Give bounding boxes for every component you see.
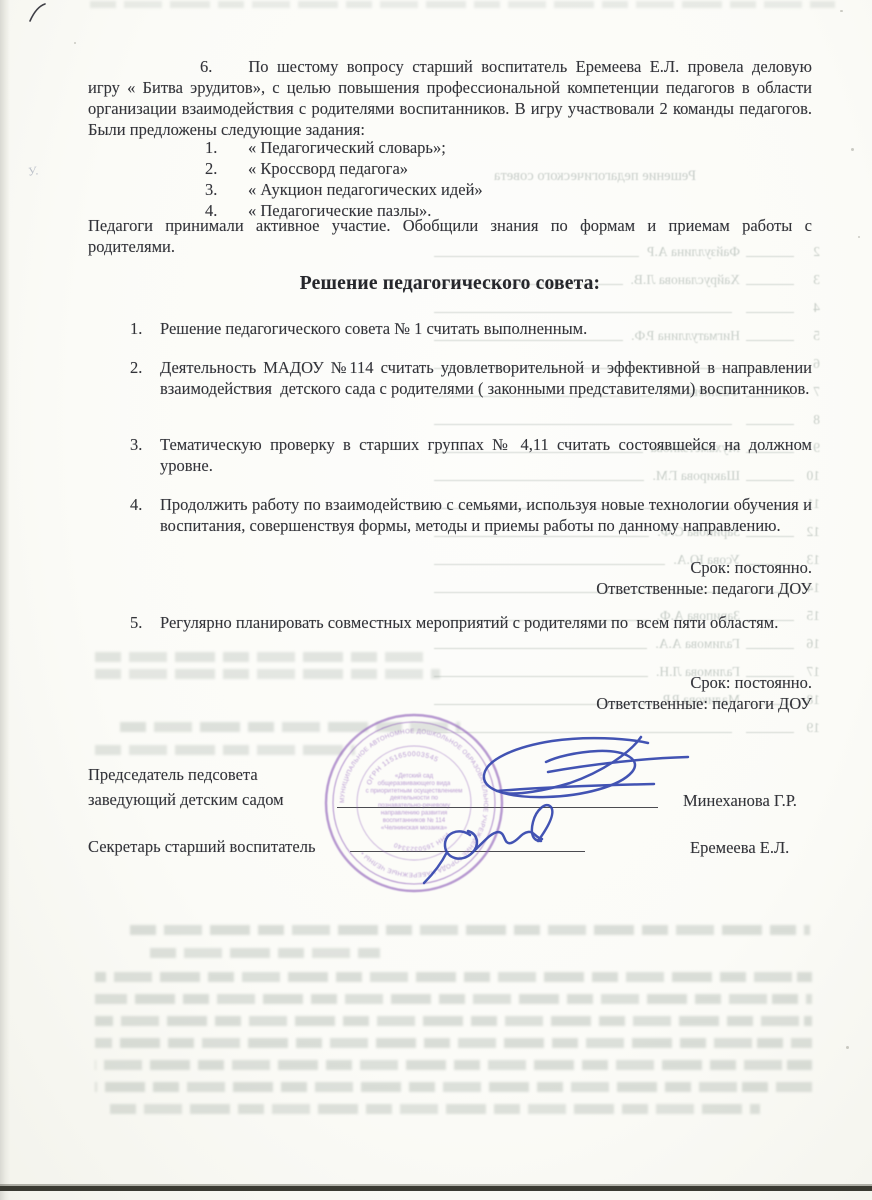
secretary-role: Секретарь старший воспитатель	[88, 836, 315, 857]
decision-number: 3.	[130, 434, 142, 455]
scan-speckle	[840, 10, 843, 12]
deadline-responsible: Ответственные: педагоги ДОУ	[596, 693, 812, 714]
bleedthrough-line	[110, 1104, 760, 1114]
scan-edge-shadow	[0, 0, 10, 1200]
decision-item: 1.Решение педагогического совета № 1 счи…	[130, 318, 812, 339]
bleedthrough-line	[95, 652, 425, 662]
task-number: 3.	[205, 179, 248, 200]
decision-item: 2.Деятельность МАДОУ №114 считать удовле…	[130, 357, 812, 399]
decision-text: Деятельность МАДОУ №114 считать удовлетв…	[160, 358, 812, 398]
chair-signature	[484, 737, 688, 797]
scan-speckle	[858, 236, 860, 238]
chair-role-line1: Председатель педсовета	[88, 764, 258, 785]
scan-bottom-edge	[0, 1186, 872, 1191]
ghost-row: 8	[430, 408, 820, 428]
decision-number: 2.	[130, 357, 142, 378]
bleedthrough-line	[130, 925, 810, 935]
decision-number: 4.	[130, 494, 142, 515]
decision-number: 1.	[130, 318, 142, 339]
chair-role-line2: заведующий детским садом	[88, 789, 284, 810]
handwritten-margin-note: У.	[27, 163, 40, 180]
pen-mark-icon	[24, 2, 50, 24]
item-number: 6.	[200, 57, 248, 76]
task-item: 3.« Аукцион педагогических идей»	[205, 179, 483, 200]
task-number: 2.	[205, 158, 248, 179]
bleedthrough-table: 2Файзуллина А.Р3Хайрусланова Л.В.45Нигма…	[430, 240, 820, 740]
bleedthrough-line	[90, 1, 835, 8]
decision-text: Продолжить работу по взаимодействию с се…	[160, 495, 812, 535]
ghost-row: 4	[430, 296, 820, 316]
task-number: 1.	[205, 137, 248, 158]
task-text: « Педагогический словарь»;	[248, 138, 446, 157]
secretary-signature	[424, 805, 552, 883]
bleedthrough-line	[150, 948, 380, 958]
scan-speckle	[846, 1046, 849, 1049]
deadline-term: Срок: постоянно.	[690, 672, 812, 693]
paragraph-question-6: 6.По шестому вопросу старший воспитатель…	[88, 56, 812, 140]
bleedthrough-line	[95, 1038, 812, 1048]
ink-signatures	[400, 718, 710, 898]
bleedthrough-line	[95, 745, 355, 755]
bleedthrough-line	[95, 1082, 812, 1092]
scanned-document-page: У. Решение педагогического совета 2Файзу…	[0, 0, 872, 1200]
decision-number: 5.	[130, 612, 142, 633]
task-item: 1.« Педагогический словарь»;	[205, 137, 446, 158]
paragraph-closing: Педагоги принимали активное участие. Обо…	[88, 215, 812, 257]
task-item: 2.« Кроссворд педагога»	[205, 158, 408, 179]
scan-speckle	[851, 148, 854, 151]
ghost-row: 16Галимова А.А.	[430, 632, 820, 652]
task-text: « Кроссворд педагога»	[248, 159, 408, 178]
scan-speckle	[74, 42, 76, 44]
decision-item: 3.Тематическую проверку в старших группа…	[130, 434, 812, 476]
decision-item: 5.Регулярно планировать совместных мероп…	[130, 612, 812, 633]
task-text: « Аукцион педагогических идей»	[248, 180, 483, 199]
page-title: Решение педагогического совета:	[88, 273, 812, 294]
bleedthrough-line	[95, 972, 812, 982]
decision-text: Решение педагогического совета № 1 счита…	[160, 319, 587, 338]
bleedthrough-line	[95, 1016, 812, 1026]
decision-item: 4.Продолжить работу по взаимодействию с …	[130, 494, 812, 536]
deadline-responsible: Ответственные: педагоги ДОУ	[596, 578, 812, 599]
deadline-term: Срок: постоянно.	[690, 557, 812, 578]
decision-text: Регулярно планировать совместных меропри…	[160, 613, 778, 632]
paragraph-text: По шестому вопросу старший воспитатель Е…	[88, 57, 812, 139]
bleedthrough-line	[95, 1060, 812, 1070]
decision-text: Тематическую проверку в старших группах …	[160, 435, 812, 475]
bleedthrough-line	[95, 669, 440, 679]
bleedthrough-line	[95, 994, 812, 1004]
